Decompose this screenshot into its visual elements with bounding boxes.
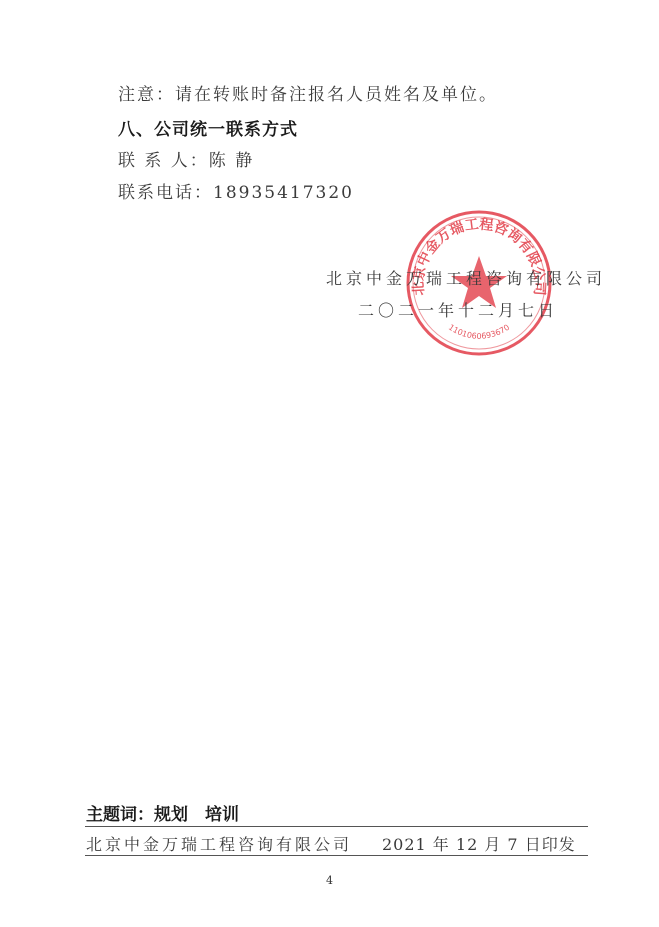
footer-bottom-rule (85, 855, 588, 856)
subject-keywords: 主题词：规划 培训 (86, 800, 239, 825)
signature-date: 二〇二一年十二月七日 (358, 298, 558, 321)
transfer-note: 注意：请在转账时备注报名人员姓名及单位。 (118, 80, 498, 105)
signature-company: 北京中金万瑞工程咨询有限公司 (326, 266, 606, 289)
contact-person: 联 系 人：陈 静 (118, 146, 254, 171)
contact-phone: 联系电话：18935417320 (118, 178, 354, 203)
footer-top-rule (85, 826, 588, 827)
issuer-name: 北京中金万瑞工程咨询有限公司 (86, 832, 352, 855)
issue-date: 2021 年 12 月 7 日印发 (382, 832, 576, 855)
svg-text:1101060693670: 1101060693670 (447, 323, 511, 341)
page-number: 4 (0, 874, 659, 887)
section-heading-contact: 八、公司统一联系方式 (118, 115, 298, 140)
